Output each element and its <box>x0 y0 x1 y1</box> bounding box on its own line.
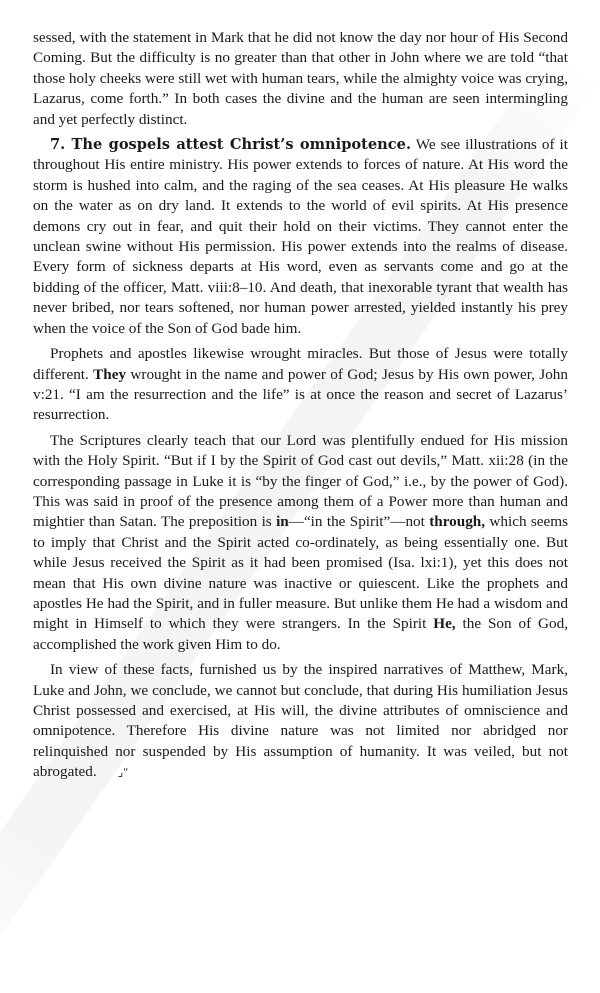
section-heading: 7. The gospels attest Christ’s omnipoten… <box>50 136 411 153</box>
emphasis-in: in <box>276 513 289 530</box>
paragraph-prophets: Prophets and apostles likewise wrought m… <box>33 344 568 426</box>
emphasis-he: He, <box>433 615 455 632</box>
end-mark-icon: ⌟ʺ <box>101 762 128 782</box>
paragraph-holy-spirit: The Scriptures clearly teach that our Lo… <box>33 431 568 655</box>
emphasis-they: They <box>93 366 126 383</box>
paragraph-continuation: sessed, with the statement in Mark that … <box>33 28 568 130</box>
emphasis-through: through, <box>429 513 485 530</box>
paragraph-text: We see illustrations of it throughout Hi… <box>33 136 568 337</box>
paragraph-omnipotence: 7. The gospels attest Christ’s omnipoten… <box>33 135 568 339</box>
paragraph-conclusion: In view of these facts, furnished us by … <box>33 660 568 782</box>
paragraph-text: sessed, with the statement in Mark that … <box>33 29 568 128</box>
paragraph-text: —“in the Spirit”—not <box>289 513 429 530</box>
document-page: sessed, with the statement in Mark that … <box>33 28 568 783</box>
